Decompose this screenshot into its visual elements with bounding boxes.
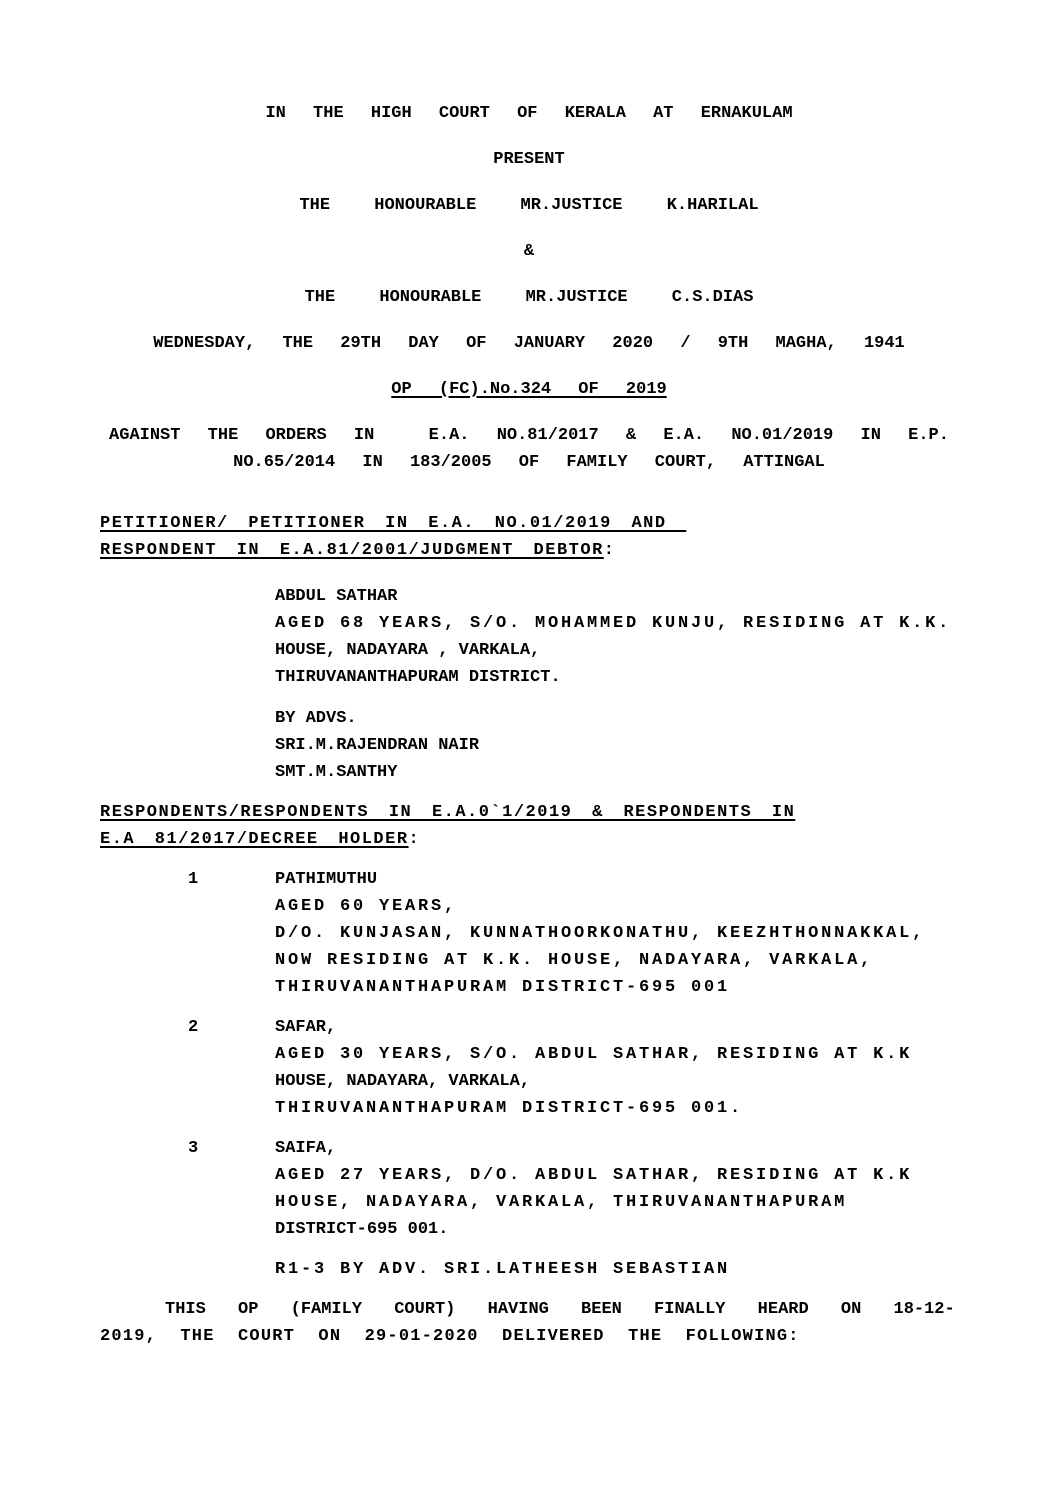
respondent-details: SAIFA, AGED 27 YEARS, D/O. ABDUL SATHAR,…	[275, 1135, 958, 1243]
respondents-counsel-line: R1-3 BY ADV. SRI.LATHEESH SEBASTIAN	[275, 1256, 958, 1283]
respondent-name: SAIFA,	[275, 1135, 958, 1162]
petitioner-detail-line: HOUSE, NADAYARA , VARKALA,	[275, 637, 958, 664]
petitioner-heading-text-2: RESPONDENT IN E.A.81/2001/JUDGMENT DEBTO…	[100, 541, 604, 560]
advocate-name: SRI.M.RAJENDRAN NAIR	[275, 732, 958, 759]
closing-paragraph: THIS OP (FAMILY COURT) HAVING BEEN FINAL…	[100, 1296, 958, 1350]
respondent-detail-line: THIRUVANANTHAPURAM DISTRICT-695 001.	[275, 1095, 958, 1122]
respondents-heading-text-2: E.A 81/2017/DECREE HOLDER	[100, 830, 409, 849]
respondent-detail-line: DISTRICT-695 001.	[275, 1216, 958, 1243]
respondent-name: SAFAR,	[275, 1014, 958, 1041]
respondent-row: 3 SAIFA, AGED 27 YEARS, D/O. ABDUL SATHA…	[100, 1135, 958, 1243]
respondent-detail-line: AGED 30 YEARS, S/O. ABDUL SATHAR, RESIDI…	[275, 1041, 958, 1068]
petitioner-heading-line-2: RESPONDENT IN E.A.81/2001/JUDGMENT DEBTO…	[100, 537, 958, 564]
hearing-date-line: WEDNESDAY, THE 29TH DAY OF JANUARY 2020 …	[100, 330, 958, 357]
advocates-label: BY ADVS.	[275, 705, 958, 732]
respondent-name: PATHIMUTHU	[275, 866, 958, 893]
petitioner-heading-text-1: PETITIONER/ PETITIONER IN E.A. NO.01/201…	[100, 514, 686, 533]
respondent-number: 3	[100, 1135, 275, 1243]
petitioner-heading-line-1: PETITIONER/ PETITIONER IN E.A. NO.01/201…	[100, 510, 958, 537]
respondents-heading-line-2: E.A 81/2017/DECREE HOLDER:	[100, 826, 958, 853]
respondents-heading-line-1: RESPONDENTS/RESPONDENTS IN E.A.0`1/2019 …	[100, 799, 958, 826]
court-title: IN THE HIGH COURT OF KERALA AT ERNAKULAM	[100, 100, 958, 127]
closing-line-1: THIS OP (FAMILY COURT) HAVING BEEN FINAL…	[100, 1296, 958, 1323]
respondent-number: 1	[100, 866, 275, 1001]
against-orders-line-1: AGAINST THE ORDERS IN E.A. NO.81/2017 & …	[100, 422, 958, 449]
closing-line-2: 2019, THE COURT ON 29-01-2020 DELIVERED …	[100, 1323, 958, 1350]
judge-name-1: THE HONOURABLE MR.JUSTICE K.HARILAL	[100, 192, 958, 219]
judgment-document: IN THE HIGH COURT OF KERALA AT ERNAKULAM…	[0, 0, 1058, 1497]
respondent-detail-line: AGED 60 YEARS,	[275, 893, 958, 920]
respondent-detail-line: NOW RESIDING AT K.K. HOUSE, NADAYARA, VA…	[275, 947, 958, 974]
advocate-name: SMT.M.SANTHY	[275, 759, 958, 786]
present-label: PRESENT	[100, 146, 958, 173]
petitioner-detail-line: AGED 68 YEARS, S/O. MOHAMMED KUNJU, RESI…	[275, 610, 958, 637]
ampersand-separator: &	[100, 238, 958, 265]
respondent-detail-line: HOUSE, NADAYARA, VARKALA, THIRUVANANTHAP…	[275, 1189, 958, 1216]
petitioner-party-block: ABDUL SATHAR AGED 68 YEARS, S/O. MOHAMME…	[275, 583, 958, 691]
petitioner-detail-line: THIRUVANANTHAPURAM DISTRICT.	[275, 664, 958, 691]
petitioner-heading-colon: :	[604, 541, 616, 560]
respondent-row: 2 SAFAR, AGED 30 YEARS, S/O. ABDUL SATHA…	[100, 1014, 958, 1122]
respondents-heading-colon: :	[409, 830, 421, 849]
respondent-details: PATHIMUTHU AGED 60 YEARS, D/O. KUNJASAN,…	[275, 866, 958, 1001]
respondents-heading-text-1: RESPONDENTS/RESPONDENTS IN E.A.0`1/2019 …	[100, 803, 795, 822]
petitioner-advocates-block: BY ADVS. SRI.M.RAJENDRAN NAIR SMT.M.SANT…	[275, 705, 958, 786]
respondent-detail-line: THIRUVANANTHAPURAM DISTRICT-695 001	[275, 974, 958, 1001]
respondent-detail-line: HOUSE, NADAYARA, VARKALA,	[275, 1068, 958, 1095]
respondent-detail-line: D/O. KUNJASAN, KUNNATHOORKONATHU, KEEZHT…	[275, 920, 958, 947]
respondent-details: SAFAR, AGED 30 YEARS, S/O. ABDUL SATHAR,…	[275, 1014, 958, 1122]
respondent-detail-line: AGED 27 YEARS, D/O. ABDUL SATHAR, RESIDI…	[275, 1162, 958, 1189]
respondent-number: 2	[100, 1014, 275, 1122]
judge-name-2: THE HONOURABLE MR.JUSTICE C.S.DIAS	[100, 284, 958, 311]
case-number: OP (FC).No.324 OF 2019	[100, 376, 958, 403]
against-orders-line-2: NO.65/2014 IN 183/2005 OF FAMILY COURT, …	[100, 449, 958, 476]
petitioner-name: ABDUL SATHAR	[275, 583, 958, 610]
case-number-text: OP (FC).No.324 OF 2019	[391, 380, 666, 399]
respondent-row: 1 PATHIMUTHU AGED 60 YEARS, D/O. KUNJASA…	[100, 866, 958, 1001]
